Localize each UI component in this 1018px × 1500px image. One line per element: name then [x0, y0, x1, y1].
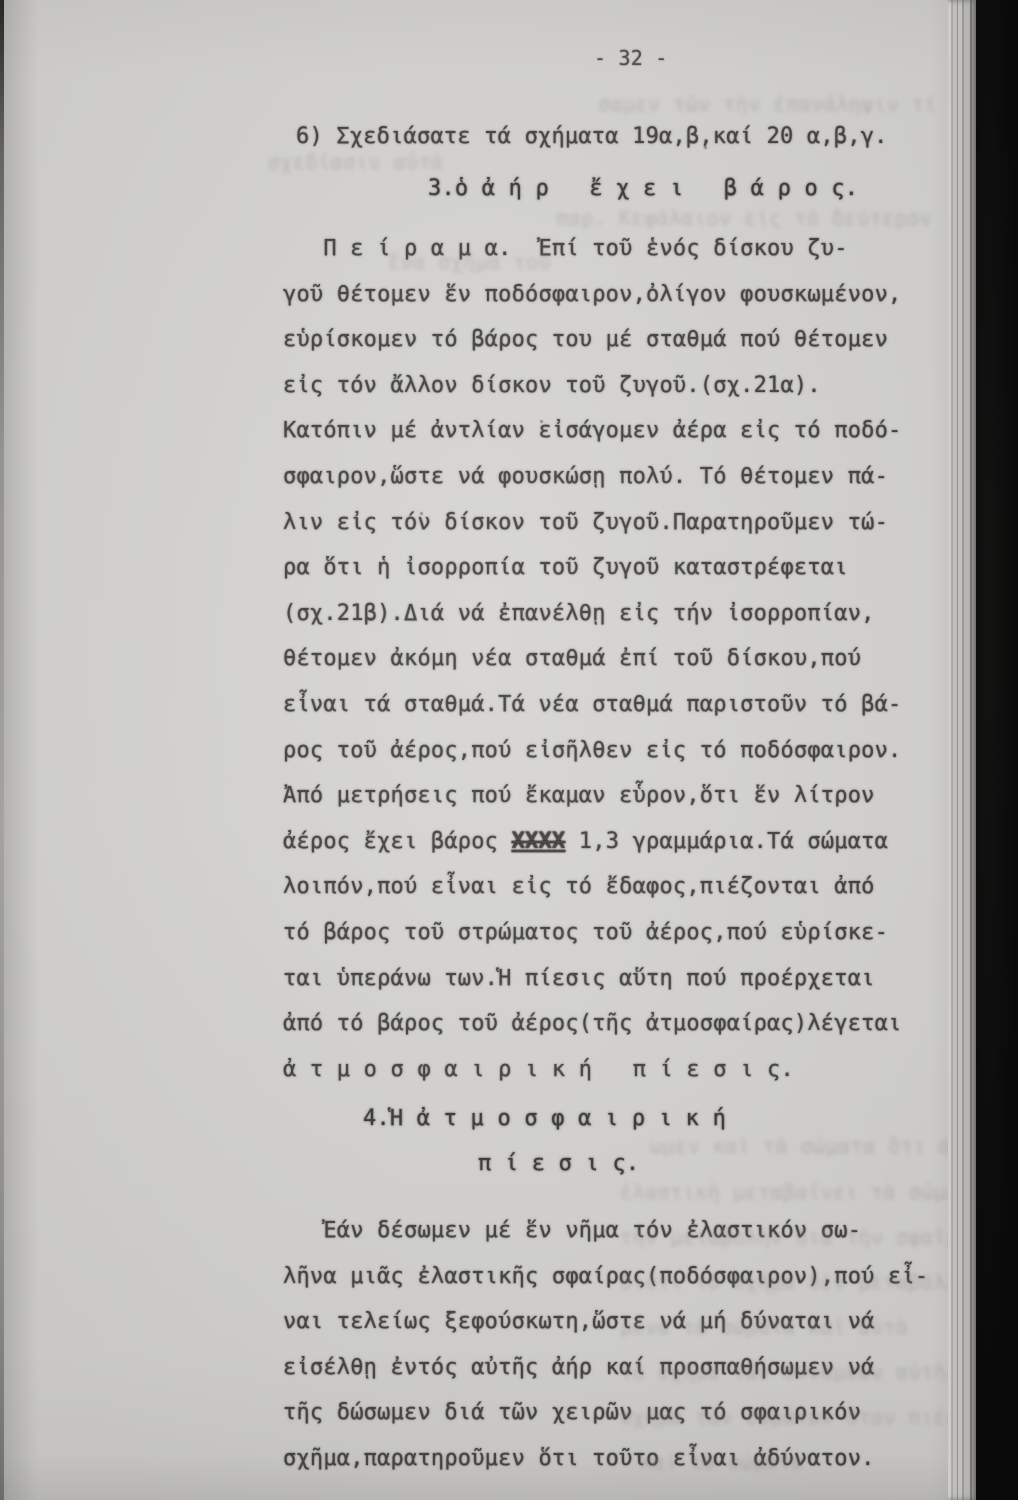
scan-left-edge-shadow [0, 0, 4, 1500]
typescript-line: τό βάρος τοῦ στρώματος τοῦ ἀέρος,πού εὑρ… [283, 910, 901, 956]
ink-speck [704, 146, 707, 149]
ink-speck [540, 420, 543, 423]
section-4-heading-line1: 4.Ἡ ἀ τ μ ο σ φ α ι ρ ι κ ή [363, 1106, 726, 1131]
bleed-through-line: τὴν μεταβολὴν διὰ τὴν σφαῖραν [620, 1225, 984, 1249]
bleed-through-line: τὸ σχῆμα τῶν δυνάμεων αὐτῆς [620, 1360, 959, 1384]
typescript-line: θέτομεν ἀκόμη νέα σταθμά ἐπί τοῦ δίσκου,… [283, 636, 901, 682]
bleed-through-line: καὶ τὰ σώματα [640, 1450, 803, 1474]
typescript-line: Κατόπιν μέ ἀντλίαν εἰσάγομεν ἀέρα εἰς τό… [283, 408, 901, 454]
bleed-through-line: ἐλαστικὴ μεταβαίνει τὰ σώματα [620, 1180, 984, 1204]
scanner-background [976, 0, 1018, 1500]
experiment-paragraph: Π ε ί ρ α μ α. Ἐπί τοῦ ἑνός δίσκου ζυ-γο… [283, 226, 901, 1092]
typescript-line: ἀπό τό βάρος τοῦ ἀέρος(τῆς ἀτμοσφαίρας)λ… [283, 1001, 901, 1047]
atmospheric-pressure-paragraph: Ἐάν δέσωμεν μέ ἕν νῆμα τόν ἐλαστικόν σω-… [283, 1208, 928, 1482]
typescript-line: εἶναι τά σταθμά.Τά νέα σταθμά παριστοῦν … [283, 682, 901, 728]
bleed-through-line: ἕνα σχῆμα τοῦ [388, 250, 551, 274]
bleed-through-line: παρ. Κεφάλαιον εἰς τὸ δεύτερον [556, 206, 932, 230]
typescript-line: εὑρίσκομεν τό βάρος του μέ σταθμά πού θέ… [283, 317, 901, 363]
bleed-through-line: ωμεν καὶ τὰ σώματα ὅτι ά [650, 1134, 951, 1158]
typescript-line: γοῦ θέτομεν ἕν ποδόσφαιρον,ὀλίγον φουσκω… [283, 272, 901, 318]
page-number: - 32 - [594, 46, 667, 70]
bleed-through-line: σχεδίασιν αὐτὰ [268, 150, 444, 174]
book-page-edges [948, 0, 978, 1500]
bleed-through-line: σχῆμα τῶν σωμάτων ὅταν πιέσω [620, 1405, 971, 1429]
bleed-through-line: σαμεν τῶν τὴν ἐπανάληψιν τί [598, 92, 937, 116]
exercise-line: 6) Σχεδιάσατε τά σχήματα 19α,β,καί 20 α,… [296, 124, 888, 149]
scanned-typescript-page: - 32 - 6) Σχεδιάσατε τά σχήματα 19α,β,κα… [0, 0, 960, 1500]
typescript-line: σχῆμα,παρατηροῦμεν ὅτι τοῦτο εἶναι ἀδύνα… [283, 1436, 928, 1482]
typescript-line: σφαιρον,ὥστε νά φουσκώσῃ πολύ. Τό θέτομε… [283, 454, 901, 500]
typescript-line: ρα ὅτι ἡ ἰσορροπία τοῦ ζυγοῦ καταστρέφετ… [283, 545, 901, 591]
overstruck-correction: ΧΧΧΧ [512, 829, 566, 854]
typescript-line: λιν εἰς τόν δίσκον τοῦ ζυγοῦ.Παρατηροῦμε… [283, 500, 901, 546]
section-3-heading: 3.ὁ ἀ ή ρ ἔ χ ε ι β ά ρ ο ς. [428, 176, 858, 201]
typescript-line: ται ὑπεράνω των.Ἡ πίεσις αὕτη πού προέρχ… [283, 956, 901, 1002]
typescript-line: λοιπόν,πού εἶναι εἰς τό ἔδαφος,πιέζονται… [283, 864, 901, 910]
typescript-line: εἰς τόν ἄλλον δίσκον τοῦ ζυγοῦ.(σχ.21α). [283, 363, 901, 409]
ink-speck [420, 512, 423, 515]
typescript-line: ἀ τ μ ο σ φ α ι ρ ι κ ή π ί ε σ ι ς. [283, 1047, 901, 1093]
section-4-heading-line2: π ί ε σ ι ς. [478, 1151, 639, 1176]
typescript-line: (σχ.21β).Διά νά ἐπανέλθῃ εἰς τήν ἰσορροπ… [283, 591, 901, 637]
typescript-line: ρος τοῦ ἀέρος,πού εἰσῆλθεν εἰς τό ποδόσφ… [283, 728, 901, 774]
bleed-through-line: μένα τὰ σώματα καὶ αὐτὰ [620, 1315, 908, 1339]
typescript-line: Π ε ί ρ α μ α. Ἐπί τοῦ ἑνός δίσκου ζυ- [283, 226, 901, 272]
typescript-line: Ἀπό μετρήσεις πού ἔκαμαν εὗρον,ὅτι ἕν λί… [283, 773, 901, 819]
typescript-line: ἀέρος ἔχει βάρος ΧΧΧΧ 1,3 γραμμάρια.Τά σ… [283, 819, 901, 865]
